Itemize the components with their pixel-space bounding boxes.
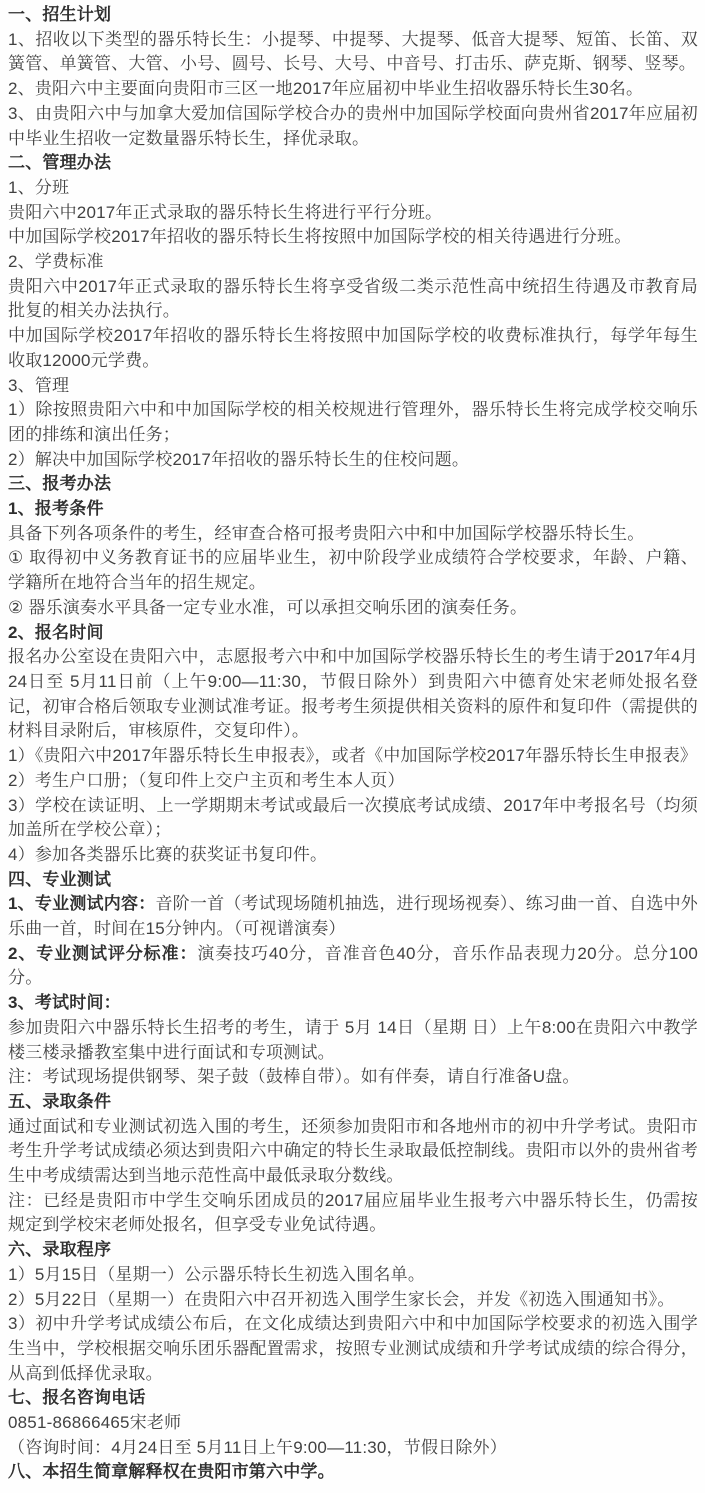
heading-admission-requirements: 五、录取条件 — [8, 1090, 698, 1115]
paragraph: 具备下列各项条件的考生，经审查合格可报考贵阳六中和中加国际学校器乐特长生。 — [8, 522, 698, 547]
heading-consultation-phone: 七、报名咨询电话 — [8, 1386, 698, 1411]
paragraph: 2、学费标准 — [8, 250, 698, 275]
paragraph: 1、招收以下类型的器乐特长生：小提琴、中提琴、大提琴、低音大提琴、短笛、长笛、双… — [8, 28, 698, 77]
paragraph: 2）5月22日（星期一）在贵阳六中召开初选入围学生家长会，并发《初选入围通知书》… — [8, 1288, 698, 1313]
heading-admission-procedure: 六、录取程序 — [8, 1238, 698, 1263]
heading-professional-test: 四、专业测试 — [8, 868, 698, 893]
paragraph: 3）学校在读证明、上一学期期末考试或最后一次摸底考试成绩、2017年中考报名号（… — [8, 794, 698, 843]
paragraph: 1、分班 — [8, 176, 698, 201]
paragraph: 1）5月15日（星期一）公示器乐特长生初选入围名单。 — [8, 1263, 698, 1288]
phone-number-line: 0851-86866465宋老师 — [8, 1411, 698, 1436]
paragraph: 中加国际学校2017年招收的器乐特长生将按照中加国际学校的相关待遇进行分班。 — [8, 225, 698, 250]
paragraph: 贵阳六中2017年正式录取的器乐特长生将进行平行分班。 — [8, 201, 698, 226]
consultation-time-line: （咨询时间：4月24日至 5月11日上午9:00—11:30，节假日除外） — [8, 1436, 698, 1461]
paragraph: 2、贵阳六中主要面向贵阳市三区一地2017年应届初中毕业生招收器乐特长生30名。 — [8, 77, 698, 102]
paragraph: 2）考生户口册；（复印件上交户主页和考生本人页） — [8, 769, 698, 794]
subheading-application-requirements: 1、报考条件 — [8, 497, 698, 522]
paragraph: 注：已经是贵阳市中学生交响乐团成员的2017届应届毕业生报考六中器乐特长生，仍需… — [8, 1189, 698, 1238]
paragraph: 3）初中升学考试成绩公布后，在文化成绩达到贵阳六中和中加国际学校要求的初选入围学… — [8, 1312, 698, 1386]
paragraph-lead: 1、专业测试内容： — [8, 894, 155, 913]
paragraph: 注：考试现场提供钢琴、架子鼓（鼓棒自带）。如有伴奏，请自行准备U盘。 — [8, 1065, 698, 1090]
paragraph-lead: 2、专业测试评分标准： — [8, 944, 197, 963]
paragraph: ② 器乐演奏水平具备一定专业水准，可以承担交响乐团的演奏任务。 — [8, 596, 698, 621]
paragraph: 3、管理 — [8, 374, 698, 399]
paragraph: 3、由贵阳六中与加拿大爱加信国际学校合办的贵州中加国际学校面向贵州省2017年应… — [8, 102, 698, 151]
heading-interpretation-right: 八、本招生简章解释权在贵阳市第六中学。 — [8, 1460, 698, 1485]
paragraph: 通过面试和专业测试初选入围的考生，还须参加贵阳市和各地州市的初中升学考试。贵阳市… — [8, 1115, 698, 1189]
heading-management-measures: 二、管理办法 — [8, 151, 698, 176]
paragraph: 4）参加各类器乐比赛的获奖证书复印件。 — [8, 843, 698, 868]
subheading-test-time: 3、考试时间： — [8, 991, 698, 1016]
subheading-registration-time: 2、报名时间 — [8, 621, 698, 646]
paragraph: 1、专业测试内容：音阶一首（考试现场随机抽选，进行现场视奏）、练习曲一首、自选中… — [8, 892, 698, 941]
heading-application-measures: 三、报考办法 — [8, 472, 698, 497]
paragraph: 参加贵阳六中器乐特长生招考的考生，请于 5月 14日（星期 日）上午8:00在贵… — [8, 1016, 698, 1065]
paragraph: 1）《贵阳六中2017年器乐特长生申报表》，或者《中加国际学校2017年器乐特长… — [8, 744, 698, 769]
paragraph: ① 取得初中义务教育证书的应届毕业生，初中阶段学业成绩符合学校要求，年龄、户籍、… — [8, 546, 698, 595]
paragraph: 中加国际学校2017年招收的器乐特长生将按照中加国际学校的收费标准执行，每学年每… — [8, 324, 698, 373]
paragraph: 报名办公室设在贵阳六中，志愿报考六中和中加国际学校器乐特长生的考生请于2017年… — [8, 645, 698, 744]
paragraph: 2、专业测试评分标准：演奏技巧40分，音准音色40分，音乐作品表现力20分。总分… — [8, 942, 698, 991]
enrollment-notice-document: 一、招生计划1、招收以下类型的器乐特长生：小提琴、中提琴、大提琴、低音大提琴、短… — [0, 0, 705, 1493]
paragraph: 2）解决中加国际学校2017年招收的器乐特长生的住校问题。 — [8, 448, 698, 473]
heading-enrollment-plan: 一、招生计划 — [8, 3, 698, 28]
paragraph: 贵阳六中2017年正式录取的器乐特长生将享受省级二类示范性高中统招生待遇及市教育… — [8, 275, 698, 324]
paragraph: 1）除按照贵阳六中和中加国际学校的相关校规进行管理外，器乐特长生将完成学校交响乐… — [8, 398, 698, 447]
